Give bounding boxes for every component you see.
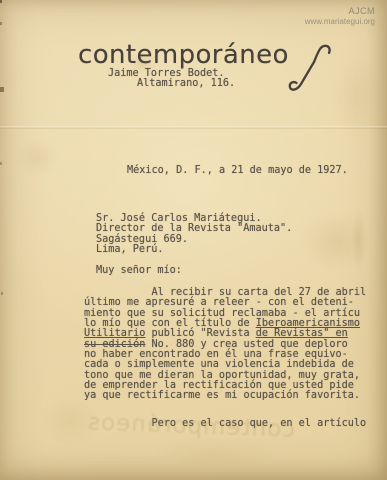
ink-bleedthrough-ghost: contemporáneos [80, 409, 296, 442]
logo-swash-s-icon [287, 42, 333, 94]
salutation: Muy señor mío: [96, 266, 182, 276]
archive-website: www.mariategui.org [305, 17, 375, 26]
body-paragraph-1: Al recibir su carta del 27 de abrilúltim… [84, 288, 366, 402]
scanned-letter-page: AJCM www.mariategui.org contemporáneo Ja… [0, 0, 387, 480]
stain [352, 205, 366, 275]
recipient-block: Sr. José Carlos Mariátegui.Director de l… [96, 214, 292, 255]
fold-crease [0, 126, 387, 129]
archive-initials: AJCM [305, 6, 375, 16]
edge-specks [0, 0, 2, 3]
scan-credit: AJCM www.mariategui.org [305, 6, 375, 26]
dateline: México, D. F., a 21 de mayo de 1927. [127, 166, 348, 176]
logo-wordmark: contemporáneo [78, 40, 289, 70]
stain [16, 138, 58, 178]
letterhead-sender-address: Altamirano, 116. [137, 79, 235, 89]
stain [150, 438, 280, 470]
stain [300, 210, 372, 272]
